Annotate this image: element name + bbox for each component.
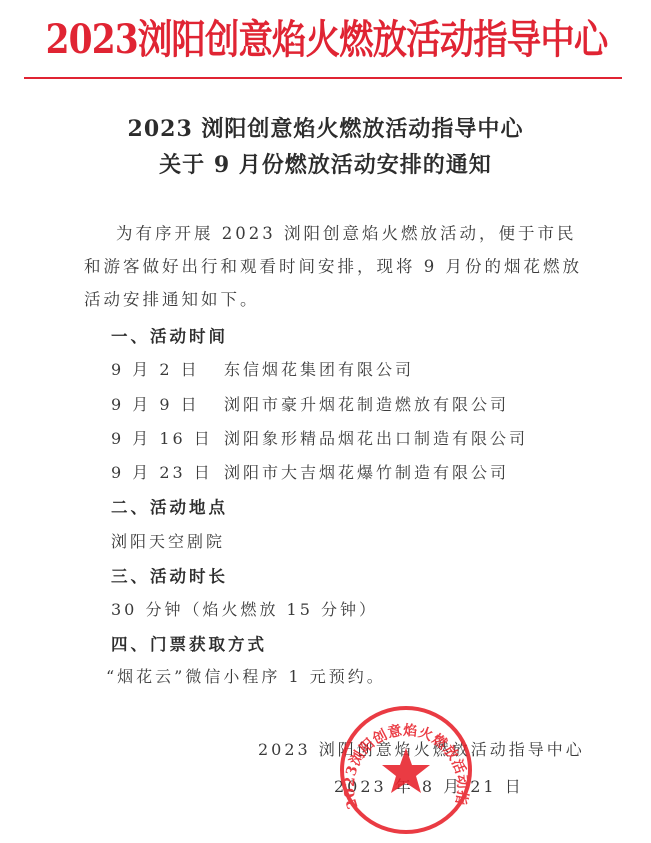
- intro-paragraph: 为有序开展 2023 浏阳创意焰火燃放活动，便于市民和游客做好出行和观看时间安排…: [84, 217, 594, 316]
- schedule-company: 浏阳市大吉烟花爆竹制造有限公司: [224, 463, 509, 482]
- schedule-date: 9 月 23 日: [111, 460, 224, 483]
- section-heading-time: 一、活动时间: [111, 323, 228, 347]
- schedule-company: 东信烟花集团有限公司: [224, 360, 414, 379]
- schedule-row: 9 月 16 日浏阳象形精品烟花出口制造有限公司: [111, 426, 528, 449]
- section-heading-tickets: 四、门票获取方式: [111, 631, 267, 655]
- schedule-row: 9 月 23 日浏阳市大吉烟花爆竹制造有限公司: [111, 460, 509, 483]
- schedule-company: 浏阳象形精品烟花出口制造有限公司: [224, 429, 528, 448]
- document-title-line1: 2023 浏阳创意焰火燃放活动指导中心: [0, 112, 651, 143]
- tickets-text: “烟花云”微信小程序 1 元预约。: [106, 664, 386, 687]
- schedule-row: 9 月 9 日浏阳市豪升烟花制造燃放有限公司: [111, 392, 509, 415]
- duration-text: 30 分钟（焰火燃放 15 分钟）: [111, 597, 378, 620]
- official-seal-icon: 2023浏阳创意焰火燃放活动指导中心: [336, 703, 476, 837]
- letterhead-org-name: 2023浏阳创意焰火燃放活动指导中心: [46, 8, 606, 65]
- letterhead-divider: [24, 77, 622, 79]
- document-title-line2: 关于 9 月份燃放活动安排的通知: [0, 148, 651, 179]
- section-heading-location: 二、活动地点: [111, 494, 228, 518]
- location-text: 浏阳天空剧院: [111, 529, 225, 552]
- schedule-date: 9 月 2 日: [111, 357, 224, 380]
- schedule-row: 9 月 2 日东信烟花集团有限公司: [111, 357, 414, 380]
- section-heading-duration: 三、活动时长: [111, 563, 228, 587]
- schedule-date: 9 月 16 日: [111, 426, 224, 449]
- schedule-date: 9 月 9 日: [111, 392, 224, 415]
- schedule-company: 浏阳市豪升烟花制造燃放有限公司: [224, 395, 509, 414]
